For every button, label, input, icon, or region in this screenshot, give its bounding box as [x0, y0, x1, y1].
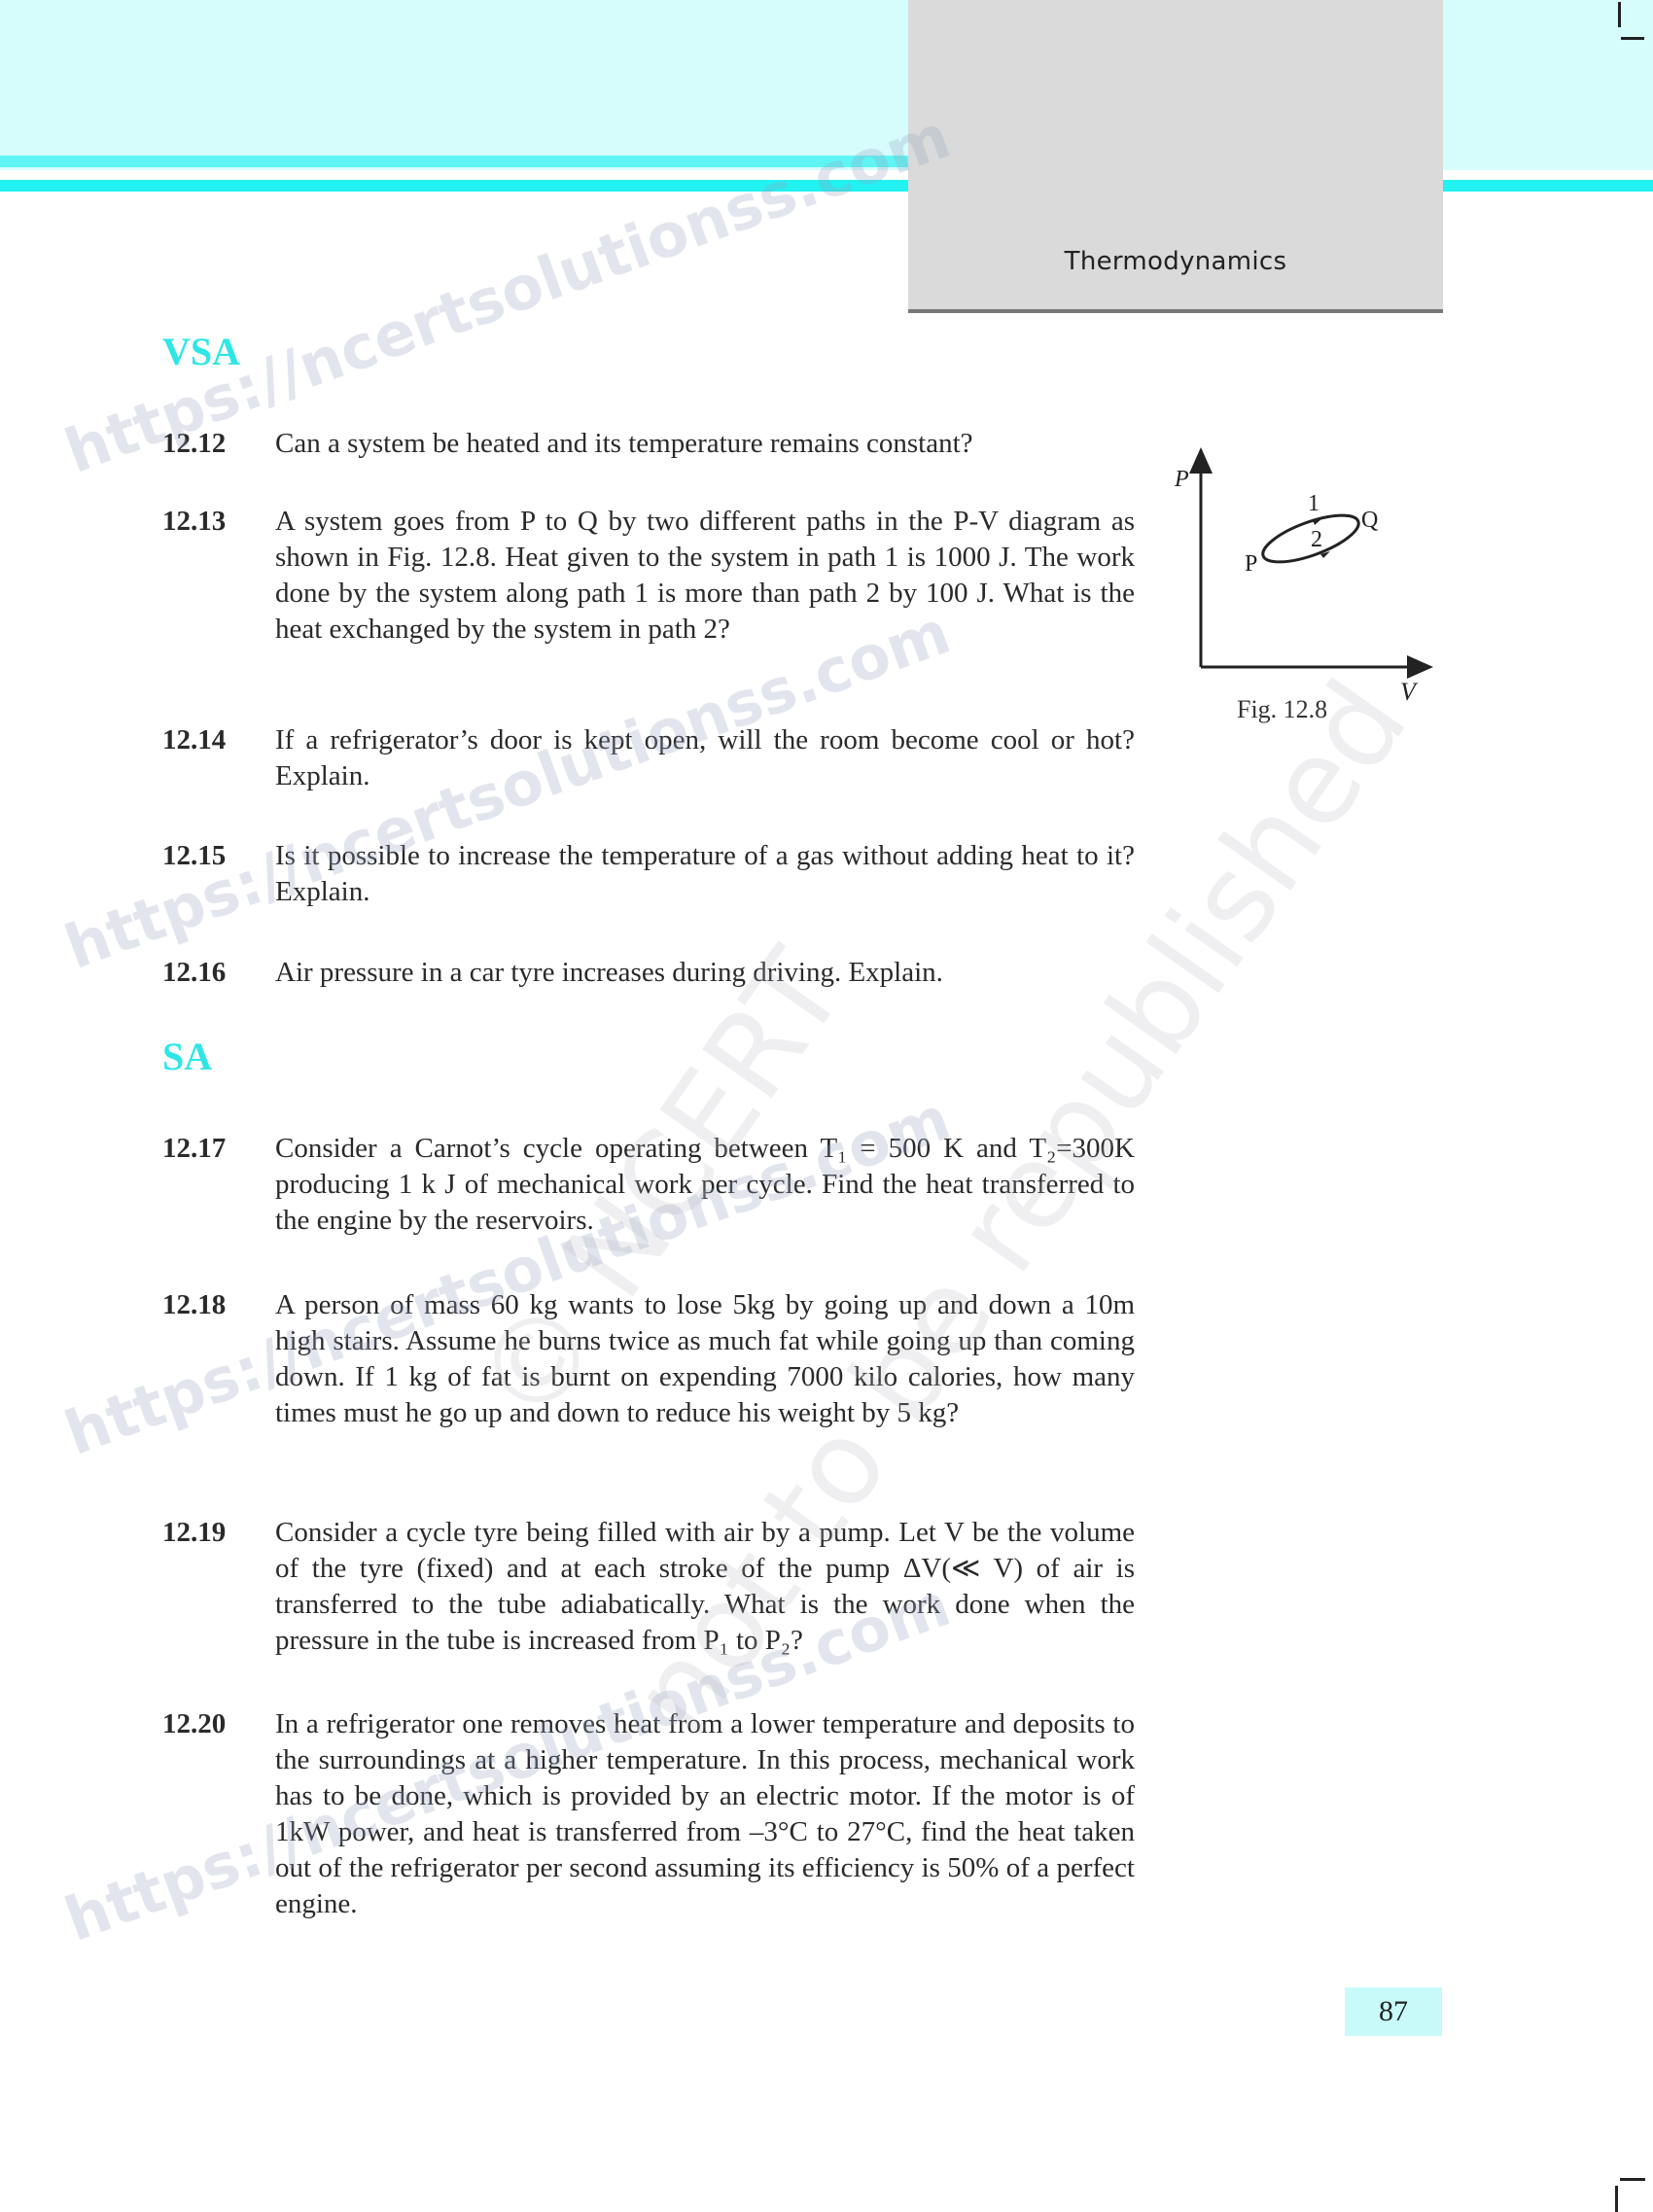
question-12-18: 12.18 A person of mass 60 kg wants to lo…	[162, 1287, 1135, 1431]
chapter-title: Thermodynamics	[908, 247, 1443, 276]
question-text: A system goes from P to Q by two differe…	[275, 504, 1135, 648]
question-text: If a refrigerator’s door is kept open, w…	[275, 722, 1135, 794]
question-text: In a refrigerator one removes heat from …	[275, 1706, 1135, 1922]
crop-mark	[1621, 37, 1644, 40]
point-q-label: Q	[1361, 508, 1378, 533]
question-12-13: 12.13 A system goes from P to Q by two d…	[162, 504, 1135, 648]
question-number: 12.19	[162, 1515, 269, 1551]
path-1-label: 1	[1308, 491, 1319, 516]
question-12-19: 12.19 Consider a cycle tyre being filled…	[162, 1515, 1135, 1659]
question-12-12: 12.12 Can a system be heated and its tem…	[162, 426, 1135, 462]
question-text: Consider a Carnot’s cycle operating betw…	[275, 1131, 1135, 1239]
point-p-label: P	[1245, 551, 1257, 577]
crop-mark	[1620, 2178, 1645, 2181]
section-heading-vsa: VSA	[162, 329, 240, 374]
question-12-16: 12.16 Air pressure in a car tyre increas…	[162, 955, 1135, 991]
question-number: 12.16	[162, 955, 269, 991]
x-axis-label: V	[1400, 678, 1419, 706]
question-number: 12.20	[162, 1706, 269, 1742]
question-text: Is it possible to increase the temperatu…	[275, 838, 1135, 910]
question-12-17: 12.17 Consider a Carnot’s cycle operatin…	[162, 1131, 1135, 1239]
page-number: 87	[1345, 1987, 1442, 2036]
question-12-20: 12.20 In a refrigerator one removes heat…	[162, 1706, 1135, 1922]
section-heading-sa: SA	[162, 1034, 212, 1079]
question-text: Air pressure in a car tyre increases dur…	[275, 955, 1135, 991]
figure-caption: Fig. 12.8	[1237, 695, 1327, 724]
path-2-label: 2	[1311, 527, 1322, 552]
header-stripe	[0, 156, 909, 167]
question-number: 12.15	[162, 838, 269, 874]
crop-mark	[1618, 2, 1621, 27]
question-12-14: 12.14 If a refrigerator’s door is kept o…	[162, 722, 1135, 794]
question-text: Can a system be heated and its temperatu…	[275, 426, 1135, 462]
question-number: 12.14	[162, 722, 269, 758]
question-number: 12.12	[162, 426, 269, 462]
question-number: 12.13	[162, 504, 269, 540]
y-axis-label: P	[1174, 467, 1189, 492]
question-12-15: 12.15 Is it possible to increase the tem…	[162, 838, 1135, 910]
question-number: 12.17	[162, 1131, 269, 1167]
question-text: Consider a cycle tyre being filled with …	[275, 1515, 1135, 1659]
question-text: A person of mass 60 kg wants to lose 5kg…	[275, 1287, 1135, 1431]
crop-mark	[1615, 2186, 1618, 2212]
question-number: 12.18	[162, 1287, 269, 1323]
